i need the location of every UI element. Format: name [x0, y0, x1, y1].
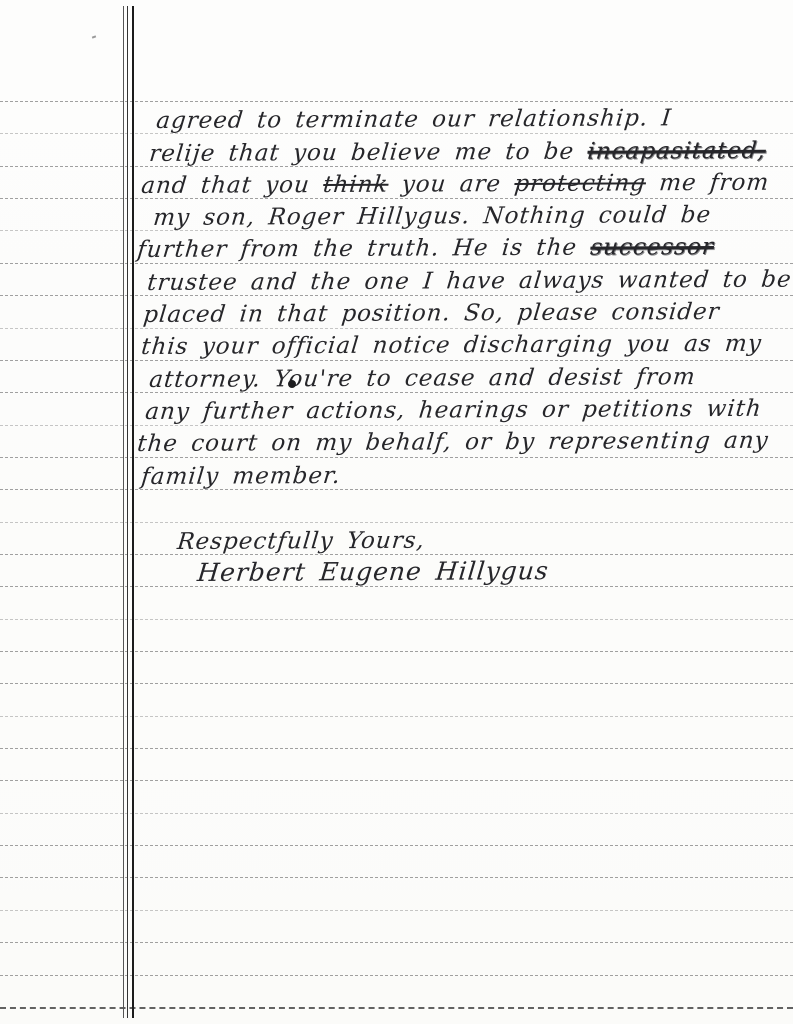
- ruled-line: [0, 910, 793, 911]
- handwriting-text: me from: [645, 170, 771, 197]
- ruled-line: [0, 425, 793, 426]
- handwriting-text: trustee and the one I have always wanted…: [146, 267, 793, 296]
- ruled-line: [0, 975, 793, 976]
- closing-line: Respectfully Yours,: [176, 528, 426, 555]
- signature-text: Herbert Eugene Hillygus: [196, 556, 550, 587]
- handwriting-text: and that you: [140, 172, 325, 199]
- handwriting-text: my son, Roger Hillygus. Nothing could be: [152, 202, 712, 231]
- margin-line: [127, 6, 128, 1018]
- overwritten-word: successor: [589, 234, 715, 261]
- ruled-line: [0, 166, 793, 167]
- letter-line-10: any further actions, hearings or petitio…: [144, 396, 763, 425]
- letter-line-06: trustee and the one I have always wanted…: [146, 267, 793, 296]
- handwriting-text: this your official notice discharging yo…: [140, 331, 763, 360]
- scanned-letter-page: agreed to terminate our relationship. I …: [0, 0, 793, 1024]
- handwriting-text: further from the truth. He is the: [136, 235, 592, 263]
- handwriting-text: any further actions, hearings or petitio…: [144, 396, 763, 425]
- handwriting-text: agreed to terminate our relationship. I: [155, 105, 673, 134]
- handwriting-text: Respectfully Yours,: [176, 528, 426, 555]
- handwriting-text: the court on my behalf, or by representi…: [136, 428, 770, 457]
- ruled-line: [0, 198, 793, 199]
- ruled-line: [0, 683, 793, 684]
- signature-line: Herbert Eugene Hillygus: [196, 556, 550, 587]
- letter-line-01: agreed to terminate our relationship. I: [155, 105, 673, 134]
- ruled-line: [0, 295, 793, 296]
- ruled-line: [0, 554, 793, 555]
- ruled-line: [0, 392, 793, 393]
- ruled-line: [0, 877, 793, 878]
- ruled-line: [0, 748, 793, 749]
- ruled-line: [0, 360, 793, 361]
- ruled-line: [0, 586, 793, 587]
- letter-line-09: attorney. You're to cease and desist fro…: [148, 364, 697, 393]
- ruled-line: [0, 522, 793, 523]
- ruled-line: [0, 263, 793, 264]
- handwriting-text: family member.: [140, 463, 342, 490]
- ink-blob: [288, 380, 296, 388]
- ruled-line: [0, 457, 793, 458]
- struck-word: think: [322, 172, 390, 198]
- handwriting-text: placed in that position. So, please cons…: [142, 299, 721, 328]
- struck-word: protecting: [513, 170, 647, 197]
- letter-line-04: my son, Roger Hillygus. Nothing could be: [152, 202, 712, 231]
- ruled-line: [0, 651, 793, 652]
- letter-line-07: placed in that position. So, please cons…: [142, 299, 721, 328]
- ruled-line: [0, 780, 793, 781]
- ruled-line: [0, 716, 793, 717]
- letter-line-05: further from the truth. He is the succes…: [136, 234, 715, 263]
- letter-line-08: this your official notice discharging yo…: [140, 331, 763, 360]
- scan-speck: [92, 35, 96, 38]
- letter-line-11: the court on my behalf, or by representi…: [136, 428, 770, 457]
- ruled-line: [0, 133, 793, 134]
- margin-line: [123, 6, 124, 1018]
- ruled-line: [0, 619, 793, 620]
- ruled-line: [0, 813, 793, 814]
- letter-line-12: family member.: [140, 463, 342, 490]
- ruled-line: [0, 1007, 793, 1009]
- letter-line-02: relije that you believe me to be incapas…: [148, 138, 767, 167]
- ruled-line: [0, 942, 793, 943]
- letter-line-03: and that you think you are protecting me…: [140, 170, 771, 199]
- overwritten-word: incapasitated,: [586, 138, 767, 165]
- ruled-line: [0, 845, 793, 846]
- handwriting-text: attorney. You're to cease and desist fro…: [148, 364, 697, 393]
- ruled-line: [0, 101, 793, 102]
- ruled-line: [0, 230, 793, 231]
- handwriting-text: you are: [387, 171, 516, 198]
- handwriting-text: relije that you believe me to be: [148, 139, 589, 167]
- ruled-line: [0, 489, 793, 490]
- ruled-line: [0, 328, 793, 329]
- margin-line: [132, 6, 134, 1018]
